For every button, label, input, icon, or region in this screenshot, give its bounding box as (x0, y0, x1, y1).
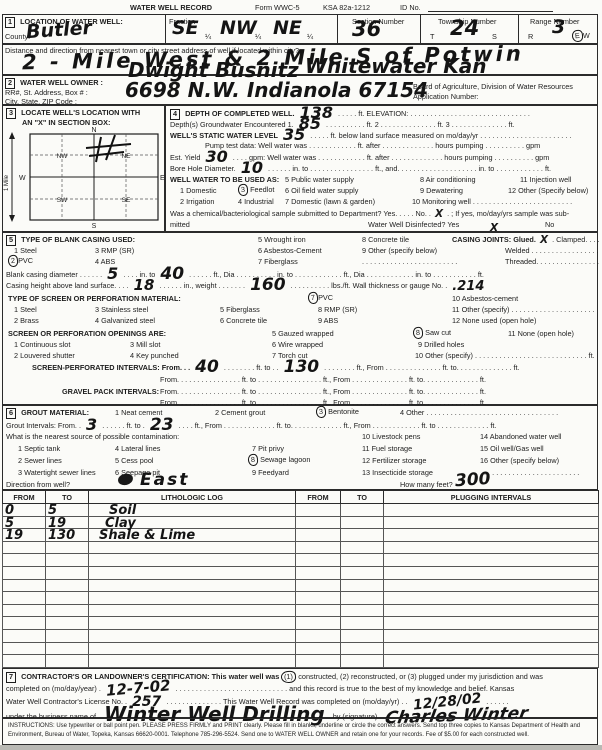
screen-interval-from: 40 (195, 365, 219, 370)
log-from-value: 5 (5, 522, 14, 526)
casing-heading: TYPE OF BLANK CASING USED: (21, 235, 135, 244)
contamination-option-lagoon-circled: 8 Sewage lagoon (248, 454, 310, 466)
range-east-circled: EW (572, 30, 590, 42)
empty-cell (384, 566, 599, 579)
owner-address-value: 6698 N.W. Indianola 67154 (125, 78, 428, 102)
empty-cell (296, 554, 341, 567)
yield-tail: . . . . gpm: Well water was . . . . . . … (233, 153, 550, 162)
lagoon-number: 8 (247, 454, 258, 467)
empty-cell (296, 655, 341, 668)
se-label: SE (122, 197, 131, 204)
section-diagram: 1 Mile N S W E NW NE SW SE (2, 126, 165, 229)
contamination-option: 11 Fuel storage (362, 444, 412, 453)
use-option: 5 Public water supply (285, 175, 354, 184)
log-to: 19 (46, 516, 89, 529)
empty-cell (384, 642, 599, 655)
log-row-empty (3, 541, 599, 554)
log-description-value: Soil (109, 509, 136, 513)
empty-cell (46, 541, 89, 554)
grout-intervals-label: Grout Intervals: From. . (6, 421, 81, 430)
diagram-heading-1: 3 LOCATE WELL'S LOCATION WITH (6, 108, 140, 119)
quarter-mark: ¼ (307, 32, 313, 41)
opening-option: 9 Drilled holes (418, 340, 464, 349)
township-suffix: S (492, 32, 497, 41)
plug-from-empty (296, 516, 341, 529)
groundwater-line: Depth(s) Groundwater Encountered 1. 85 .… (170, 119, 515, 129)
use-option: 2 Irrigation (180, 197, 214, 206)
grout-option-bentonite-circled: 3 Bentonite (316, 406, 359, 418)
form-title: WATER WELL RECORD (130, 3, 212, 12)
empty-cell (341, 629, 384, 642)
empty-cell (46, 604, 89, 617)
ne-label: NE (121, 153, 131, 160)
bentonite-number: 3 (315, 406, 326, 419)
log-to: 130 (46, 529, 89, 542)
use-option: 1 Domestic (180, 186, 217, 195)
instructions-line-2: Environment, Bureau of Water, Topeka, Ka… (8, 731, 529, 739)
nw-label: NW (57, 153, 69, 160)
diagram-heading-text-1: LOCATE WELL'S LOCATION WITH (21, 108, 140, 117)
log-row-empty (3, 642, 599, 655)
empty-cell (3, 617, 46, 630)
casing-option: 3 RMP (SR) (95, 246, 134, 255)
contamination-option: 7 Pit privy (252, 444, 284, 453)
threaded-label: Threaded. . . . . . . . . . . . . . . . (505, 257, 599, 266)
casing-height-value: 18 (134, 283, 155, 288)
sample-question: Was a chemical/bacteriological sample su… (170, 209, 431, 218)
empty-cell (341, 642, 384, 655)
yield-line: Est. Yield 30 . . . . gpm: Well water wa… (170, 152, 549, 162)
header-plugging-intervals: PLUGGING INTERVALS (384, 491, 599, 504)
log-to-value: 19 (48, 522, 66, 526)
mile-arrow-top (9, 132, 15, 139)
static-level-line: WELL'S STATIC WATER LEVEL 35 . . . . . f… (170, 130, 571, 140)
casing-option-dots: . . . . . . . . . . . . . . . . . . . . … (362, 257, 457, 266)
lagoon-label: Sewage lagoon (260, 455, 310, 464)
log-row-empty (3, 592, 599, 605)
certification-line-1b: constructed, (2) reconstructed, or (3) p… (298, 672, 543, 681)
fraction-3: NE (273, 17, 302, 39)
bore-tail: . . . . . . in. to . . . . . . . . . . .… (268, 164, 551, 173)
casing-gauge-value: .214 (452, 284, 484, 289)
opening-option: 11 None (open hole) (508, 329, 574, 338)
section-2-badge: 2 (5, 78, 15, 89)
log-row-empty (3, 655, 599, 668)
grout-interval-to: 23 (150, 423, 174, 428)
scan-edge-artifact (0, 745, 602, 750)
contamination-dots: . . . . . . . . . . . . . . . . . . . . … (480, 468, 579, 477)
log-from: 0 (3, 504, 46, 517)
certification-line-2: completed on (mo/day/year) . 12-7-02 . .… (6, 684, 514, 693)
certification-line-1: 7 CONTRACTOR'S OR LANDOWNER'S CERTIFICAT… (6, 671, 543, 683)
log-from-value: 19 (5, 534, 23, 538)
casing-diameter-line: Blank casing diameter . . . . . . 5 . . … (6, 269, 484, 279)
opening-option-sawcut-circled: 8 Saw cut (413, 327, 451, 339)
empty-cell (341, 604, 384, 617)
sw-label: SW (57, 197, 68, 204)
constructed-circled: (1) (281, 670, 297, 683)
empty-cell (3, 592, 46, 605)
sawcut-number: 8 (412, 327, 423, 340)
glued-x-mark: X (540, 238, 548, 243)
use-option: 4 Industrial (238, 197, 274, 206)
empty-cell (296, 617, 341, 630)
agency-text: Board of Agriculture, Division of Water … (413, 82, 573, 91)
use-option: 7 Domestic (lawn & garden) (285, 197, 375, 206)
log-from: 5 (3, 516, 46, 529)
completed-on-label: completed on (mo/day/year) . (6, 684, 101, 693)
casing-joints-label: CASING JOINTS: Glued. (452, 235, 536, 244)
screen-option: 8 RMP (SR) (318, 305, 357, 314)
casing-option: 6 Asbestos-Cement (258, 246, 322, 255)
section-6-badge: 6 (6, 408, 16, 419)
sample-submitted-label: mitted (170, 220, 190, 229)
use-option: 12 Other (Specify below) (508, 186, 588, 195)
empty-cell (89, 579, 296, 592)
use-option-feedlot-circled: 3 Feedlot (238, 184, 274, 196)
empty-cell (341, 541, 384, 554)
casing-diameter-value: 5 (107, 271, 118, 276)
casing-option: 7 Fiberglass (258, 257, 298, 266)
empty-cell (296, 579, 341, 592)
static-level-label: WELL'S STATIC WATER LEVEL (170, 131, 278, 140)
empty-cell (296, 592, 341, 605)
empty-cell (341, 566, 384, 579)
south-label: S (92, 223, 97, 229)
screen-pvc-number: 7 (307, 292, 318, 305)
id-no-blank (428, 3, 553, 12)
log-row: 5 19 Clay (3, 516, 599, 529)
empty-cell (341, 554, 384, 567)
grout-intervals-mid: . . . . . . ft. to . (102, 421, 145, 430)
empty-cell (384, 617, 599, 630)
header-to: TO (46, 491, 89, 504)
static-level-tail: . . . . . ft. below land surface measure… (310, 131, 571, 140)
id-no-label: ID No. (400, 3, 421, 12)
section-7-badge: 7 (6, 672, 16, 683)
log-row-empty (3, 617, 599, 630)
header-from: FROM (3, 491, 46, 504)
header-to: TO (341, 491, 384, 504)
section-1-badge: 1 (5, 17, 15, 28)
contamination-option: 13 Insecticide storage (362, 468, 433, 477)
section-4-badge: 4 (170, 109, 180, 120)
empty-cell (89, 629, 296, 642)
feedlot-label: Feedlot (250, 185, 274, 194)
screen-option-pvc-circled: 7PVC (308, 292, 333, 304)
empty-cell (296, 541, 341, 554)
empty-cell (89, 604, 296, 617)
welded-label: Welded . . . . . . . . . . . . . . . . . (505, 246, 599, 255)
feedlot-number: 3 (237, 184, 248, 197)
fraction-1: SE (172, 17, 199, 39)
sample-no-x-mark: X (435, 212, 443, 217)
empty-cell (384, 604, 599, 617)
empty-cell (296, 629, 341, 642)
empty-cell (296, 566, 341, 579)
casing-option: 1 Steel (14, 246, 37, 255)
opening-option: 4 Key punched (130, 351, 179, 360)
casing-option-pvc-circled: 2PVC (8, 255, 33, 267)
divider (518, 14, 519, 44)
groundwater-label: Depth(s) Groundwater Encountered 1. (170, 120, 294, 129)
empty-cell (384, 579, 599, 592)
county-value: Butler (25, 17, 92, 44)
plug-desc-empty (384, 516, 599, 529)
range-east: E (571, 30, 583, 43)
contamination-heading: What is the nearest source of possible c… (6, 432, 179, 441)
groundwater-tail: . . . . . . . . . . ft. 2 . . . . . . . … (326, 120, 515, 129)
empty-cell (3, 604, 46, 617)
empty-cell (3, 629, 46, 642)
empty-cell (89, 554, 296, 567)
empty-cell (89, 592, 296, 605)
empty-cell (3, 655, 46, 668)
empty-cell (89, 642, 296, 655)
depth-tail: . . . . . ft. ELEVATION: . . . . . . . .… (338, 109, 530, 118)
sample-question-2: . ; If yes, mo/day/yrs sample was sub- (447, 209, 569, 218)
address-label: RR#, St. Address, Box # : (5, 88, 88, 97)
screen-interval-to: 130 (284, 365, 320, 370)
plug-from-empty (296, 504, 341, 517)
clamped-label: . Clamped. . . . . . (552, 235, 602, 244)
range-west: W (583, 31, 590, 40)
bore-value: 10 (241, 165, 263, 170)
business-name-value: Winter Well Drilling (104, 712, 325, 717)
log-row: 0 5 Soil (3, 504, 599, 517)
owner-city-value: Whitewater Kan (305, 54, 486, 78)
direction-label: Direction from well? (6, 480, 70, 489)
use-option: 11 Injection well (520, 175, 571, 184)
screen-option: 4 Galvanized steel (95, 316, 155, 325)
opening-option: 5 Gauzed wrapped (272, 329, 334, 338)
township-value: 24 (450, 16, 479, 40)
empty-cell (3, 579, 46, 592)
contamination-option: 10 Livestock pens (362, 432, 420, 441)
screen-option: 9 ABS (318, 316, 338, 325)
yield-value: 30 (205, 154, 227, 159)
grout-interval-from: 3 (86, 422, 97, 427)
empty-cell (46, 655, 89, 668)
completed-date-value: 12-7-02 (106, 683, 171, 694)
screen-pvc-label: PVC (318, 293, 333, 302)
contamination-option: 15 Oil well/Gas well (480, 444, 544, 453)
opening-option: 1 Continuous slot (14, 340, 70, 349)
plug-to-empty (341, 504, 384, 517)
screen-option: 2 Brass (14, 316, 39, 325)
casing-option: 9 Other (specify below) (362, 246, 437, 255)
plug-from-empty (296, 529, 341, 542)
depth-label: DEPTH OF COMPLETED WELL. (185, 109, 294, 118)
screen-option: 6 Concrete tile (220, 316, 267, 325)
empty-cell (89, 566, 296, 579)
log-from: 19 (3, 529, 46, 542)
divider (420, 14, 421, 44)
use-option: 10 Monitoring well . . . . . . . . . . .… (412, 197, 572, 206)
contamination-option: 12 Fertilizer storage (362, 456, 426, 465)
opening-option: 6 Wire wrapped (272, 340, 323, 349)
use-option: 9 Dewatering (420, 186, 463, 195)
depth-line: 4 DEPTH OF COMPLETED WELL. 138 . . . . .… (170, 108, 530, 120)
screen-intervals-label: SCREEN-PERFORATED INTERVALS: From. . . (32, 363, 190, 372)
opening-option: 3 Mill slot (130, 340, 160, 349)
header-lithologic-log: LITHOLOGIC LOG (89, 491, 296, 504)
empty-cell (46, 617, 89, 630)
contamination-option: 9 Feedyard (252, 468, 289, 477)
grout-intervals-tail: . . . . ft., From . . . . . . . . . . . … (179, 421, 497, 430)
sawcut-label: Saw cut (425, 328, 451, 337)
empty-cell (341, 617, 384, 630)
form-number: Form WWC-5 (255, 3, 300, 12)
casing-weight-label: . . . . . . in., weight . . . . . . . (159, 281, 245, 290)
gravel-pack-label: GRAVEL PACK INTERVALS: (62, 387, 159, 396)
log-row-empty (3, 579, 599, 592)
section-number-value: 36 (352, 17, 381, 41)
casing-heading-line: 5 TYPE OF BLANK CASING USED: (6, 235, 135, 246)
casing-diameter-tail: . . . . . . ft., Dia . . . . . . . . . .… (189, 270, 484, 279)
yield-label: Est. Yield (170, 153, 200, 162)
casing-weight-value: 160 (250, 283, 286, 288)
log-to-value: 130 (48, 534, 75, 538)
log-description-value: Clay (105, 522, 136, 526)
screen-option: 1 Steel (14, 305, 37, 314)
gravel-pack-blank-row: From. . . . . . . . . . . . . . . . ft. … (160, 387, 486, 396)
mile-label: 1 Mile (4, 174, 10, 191)
empty-cell (46, 579, 89, 592)
grout-intervals-line: Grout Intervals: From. . 3 . . . . . . f… (6, 420, 496, 430)
empty-cell (384, 629, 599, 642)
empty-cell (384, 541, 599, 554)
screen-option: 11 Other (specify) . . . . . . . . . . .… (452, 305, 595, 314)
screen-intervals-tail: . . . . . . . . ft., From . . . . . . . … (324, 363, 519, 372)
mile-arrow-bottom (9, 215, 15, 222)
empty-cell (89, 541, 296, 554)
log-row-empty (3, 566, 599, 579)
log-description: Soil (89, 504, 296, 517)
empty-cell (89, 617, 296, 630)
openings-heading: SCREEN OR PERFORATION OPENINGS ARE: (8, 329, 166, 338)
opening-option: 2 Louvered shutter (14, 351, 75, 360)
contamination-option: 4 Lateral lines (115, 444, 160, 453)
grout-option: 2 Cement grout (215, 408, 265, 417)
empty-cell (89, 655, 296, 668)
instructions-line-1: INSTRUCTIONS: Use typewriter or ball poi… (8, 722, 580, 730)
screen-intervals-mid: . . . . . . . . ft. to . . (224, 363, 279, 372)
contamination-option: 5 Cess pool (115, 456, 154, 465)
screen-intervals-line: SCREEN-PERFORATED INTERVALS: From. . . 4… (32, 363, 520, 372)
disinfected-label: Water Well Disinfected? Yes (368, 220, 459, 229)
plug-to-empty (341, 529, 384, 542)
empty-cell (384, 554, 599, 567)
range-prefix: R (528, 32, 533, 41)
contamination-option: 3 Watertight sewer lines (18, 468, 96, 477)
casing-depth-value: 40 (160, 272, 184, 277)
empty-cell (3, 566, 46, 579)
empty-cell (341, 579, 384, 592)
empty-cell (46, 642, 89, 655)
empty-cell (3, 554, 46, 567)
casing-height-label: Casing height above land surface. . . . (6, 281, 129, 290)
form-statute: KSA 82a-1212 (323, 3, 370, 12)
west-label: W (19, 175, 26, 182)
plug-desc-empty (384, 504, 599, 517)
grout-heading-line: 6 GROUT MATERIAL: (6, 408, 89, 419)
log-description: Clay (89, 516, 296, 529)
casing-diameter-label: Blank casing diameter . . . . . . (6, 270, 102, 279)
empty-cell (384, 592, 599, 605)
bore-label: Bore Hole Diameter. (170, 164, 236, 173)
grout-heading: GROUT MATERIAL: (21, 408, 89, 417)
empty-cell (384, 655, 599, 668)
log-description: Shale & Lime (89, 529, 296, 542)
log-row-empty (3, 554, 599, 567)
township-prefix: T (430, 32, 434, 41)
casing-option: 8 Concrete tile (362, 235, 409, 244)
empty-cell (46, 592, 89, 605)
quarter-mark: ¼ (205, 32, 211, 41)
casing-option: 5 Wrought iron (258, 235, 306, 244)
use-heading: WELL WATER TO BE USED AS: (170, 175, 279, 184)
fraction-2: NW (220, 17, 257, 39)
log-row-empty (3, 604, 599, 617)
bore-line: Bore Hole Diameter. 10 . . . . . . in. t… (170, 163, 551, 173)
range-value: 3 (552, 16, 565, 38)
section-5-badge: 5 (6, 235, 16, 246)
direction-value: East (140, 470, 189, 490)
opening-option: 10 Other (specify) . . . . . . . . . . .… (415, 351, 595, 360)
screen-option: 12 None used (open hole) (452, 316, 536, 325)
divider (337, 14, 338, 44)
empty-cell (3, 541, 46, 554)
feet-value: 300 (454, 469, 491, 491)
disinfected-x-mark: X (490, 226, 498, 231)
screen-material-heading: TYPE OF SCREEN OR PERFORATION MATERIAL: (8, 294, 181, 303)
contamination-option: 16 Other (specify below) (480, 456, 559, 465)
header-from: FROM (296, 491, 341, 504)
feet-label: How many feet? (400, 480, 453, 489)
divider (165, 14, 166, 44)
log-row: 19 130 Shale & Lime (3, 529, 599, 542)
bentonite-label: Bentonite (328, 407, 359, 416)
owner-label: WATER WELL OWNER : (20, 78, 103, 87)
casing-gauge-label: . . . . . . . . . . lbs./ft. Wall thickn… (291, 281, 448, 290)
static-level-value: 35 (283, 132, 305, 137)
casing-height-line: Casing height above land surface. . . . … (6, 281, 487, 290)
north-label: N (91, 127, 96, 134)
empty-cell (3, 642, 46, 655)
screen-option: 5 Fiberglass (220, 305, 260, 314)
empty-cell (341, 592, 384, 605)
pvc-number: 2 (7, 255, 18, 268)
pump-test-line: Pump test data: Well water was . . . . .… (205, 141, 540, 150)
empty-cell (296, 642, 341, 655)
log-to: 5 (46, 504, 89, 517)
contamination-option: 1 Septic tank (18, 444, 60, 453)
use-option: 6 Oil field water supply (285, 186, 358, 195)
empty-cell (46, 629, 89, 642)
log-from-value: 0 (5, 509, 14, 513)
owner-label-line: 2 WATER WELL OWNER : (5, 78, 103, 89)
screen-intervals-blank-row: From. . . . . . . . . . . . . . . . ft. … (160, 375, 486, 384)
contamination-option: 2 Sewer lines (18, 456, 62, 465)
screen-option: 3 Stainless steel (95, 305, 148, 314)
pvc-label: PVC (18, 256, 33, 265)
empty-cell (46, 566, 89, 579)
log-to-value: 5 (48, 509, 57, 513)
log-description-value: Shale & Lime (99, 534, 195, 538)
section-3-badge: 3 (6, 108, 16, 119)
plug-to-empty (341, 516, 384, 529)
